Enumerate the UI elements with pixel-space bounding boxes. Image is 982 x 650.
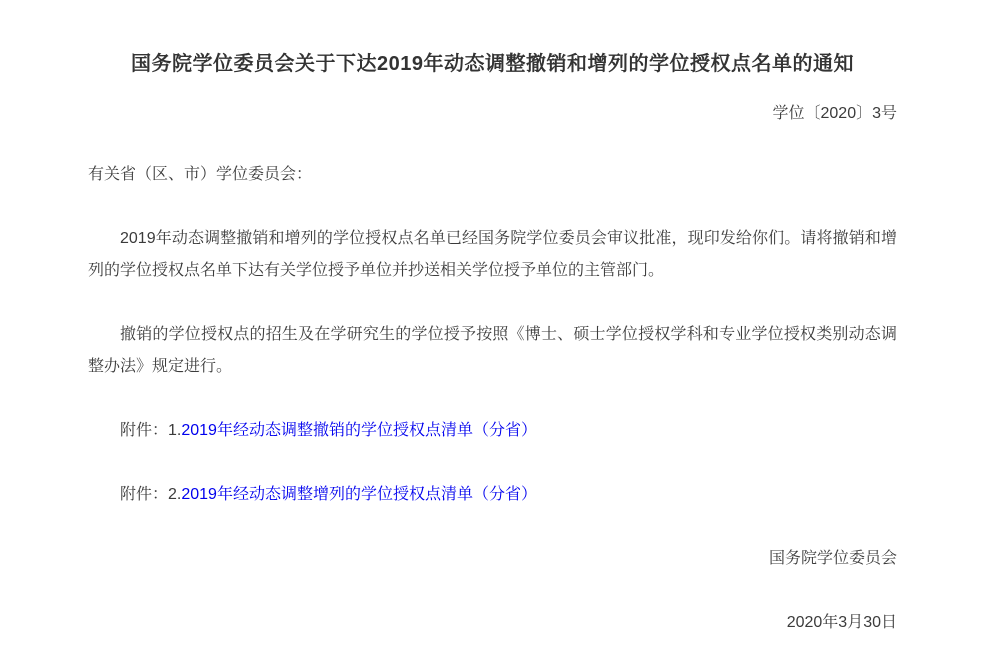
attachment-2-link[interactable]: 2019年经动态调整增列的学位授权点清单（分省） xyxy=(181,486,537,503)
document-number: 学位〔2020〕3号 xyxy=(88,98,897,130)
attachment-line-1: 附件：1.2019年经动态调整撤销的学位授权点清单（分省） xyxy=(88,415,897,447)
body-paragraph-2: 撤销的学位授权点的招生及在学研究生的学位授予按照《博士、硕士学位授权学科和专业学… xyxy=(88,319,897,383)
issuer-signature: 国务院学位委员会 xyxy=(88,543,897,575)
attachment-1-link[interactable]: 2019年经动态调整撤销的学位授权点清单（分省） xyxy=(181,422,537,439)
attachment-2-prefix: 附件：2. xyxy=(120,486,181,503)
notice-title: 国务院学位委员会关于下达2019年动态调整撤销和增列的学位授权点名单的通知 xyxy=(88,49,897,79)
addressee-line: 有关省（区、市）学位委员会： xyxy=(88,159,897,191)
notice-document: 国务院学位委员会关于下达2019年动态调整撤销和增列的学位授权点名单的通知 学位… xyxy=(0,0,982,639)
notice-page: 国务院学位委员会关于下达2019年动态调整撤销和增列的学位授权点名单的通知 学位… xyxy=(0,0,982,650)
body-paragraph-1: 2019年动态调整撤销和增列的学位授权点名单已经国务院学位委员会审议批准，现印发… xyxy=(88,223,897,287)
attachment-line-2: 附件：2.2019年经动态调整增列的学位授权点清单（分省） xyxy=(88,479,897,511)
attachment-1-prefix: 附件：1. xyxy=(120,422,181,439)
issue-date: 2020年3月30日 xyxy=(88,607,897,639)
